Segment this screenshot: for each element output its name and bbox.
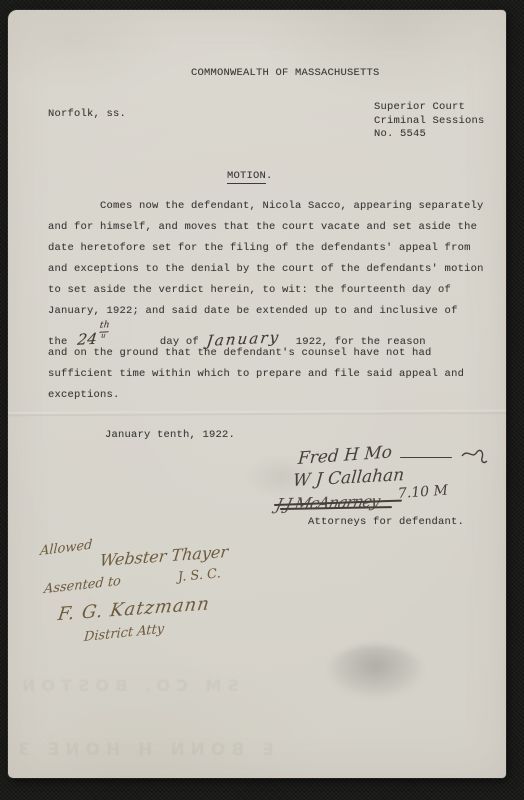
scan-backdrop: COMMONWEALTH OF MASSACHUSETTS Norfolk, s… <box>0 0 524 800</box>
ghost-stamp-line-2: E BONN H HONE 3 <box>12 740 274 760</box>
body-line-10: exceptions. <box>48 385 478 406</box>
ink-smudge-stain <box>328 645 423 697</box>
venue-line: Norfolk, ss. <box>48 104 126 125</box>
court-name: Superior Court <box>374 101 485 115</box>
judge-title-jsc: J. S. C. <box>177 566 221 585</box>
body-line-6: January, 1922; and said date be extended… <box>48 301 478 322</box>
motion-body: Comes now the defendant, Nicola Sacco, a… <box>48 196 478 406</box>
da-title-district-atty: District Atty <box>83 621 164 645</box>
document-page: COMMONWEALTH OF MASSACHUSETTS Norfolk, s… <box>8 10 506 778</box>
day-number: 24 <box>76 330 98 349</box>
dateline: January tenth, 1922. <box>105 425 235 446</box>
fold-crease <box>8 410 506 417</box>
header-title: COMMONWEALTH OF MASSACHUSETTS <box>191 63 380 84</box>
handwritten-day-number: 24thu <box>76 321 110 351</box>
motion-title: MOTION. <box>227 166 273 187</box>
motion-title-word: MOTION <box>227 170 266 184</box>
body-line-4: and exceptions to the denial by the cour… <box>48 259 478 280</box>
time-annotation: 7.10 M <box>397 483 448 502</box>
body-line-3: date heretofore set for the filing of th… <box>48 238 478 259</box>
handwritten-month: January <box>205 327 281 352</box>
day-ordinal-mark: u <box>98 332 109 340</box>
signature-thayer: Webster Thayer <box>99 542 229 570</box>
signature-moore-flourish-icon <box>460 446 490 466</box>
endorsement-allowed: Allowed <box>40 537 93 559</box>
body-line-2: and for himself, and moves that the cour… <box>48 217 478 238</box>
court-session: Criminal Sessions <box>374 115 485 129</box>
court-block: Superior Court Criminal Sessions No. 554… <box>374 101 485 142</box>
body-line-5: to set aside the verdict herein, to wit:… <box>48 280 478 301</box>
body-line-7: the24thuday ofJanuary1922, for the reaso… <box>48 322 478 343</box>
endorsement-assented-to: Assented to <box>43 574 121 597</box>
signature-katzmann: F. G. Katzmann <box>57 593 212 625</box>
signature-moore: Fred H Mo <box>297 442 392 469</box>
ghost-stamp-line-1: SM CO. BOSTON <box>16 676 239 695</box>
signature-moore-stroke <box>400 457 452 459</box>
motion-title-period: . <box>266 170 273 182</box>
body-line-1: Comes now the defendant, Nicola Sacco, a… <box>48 196 478 217</box>
body-line-9: sufficient time within which to prepare … <box>48 364 478 385</box>
attorneys-for-defendant-label: Attorneys for defendant. <box>308 512 464 533</box>
court-docket-number: No. 5545 <box>374 128 485 142</box>
day-ordinal: thu <box>98 321 110 339</box>
